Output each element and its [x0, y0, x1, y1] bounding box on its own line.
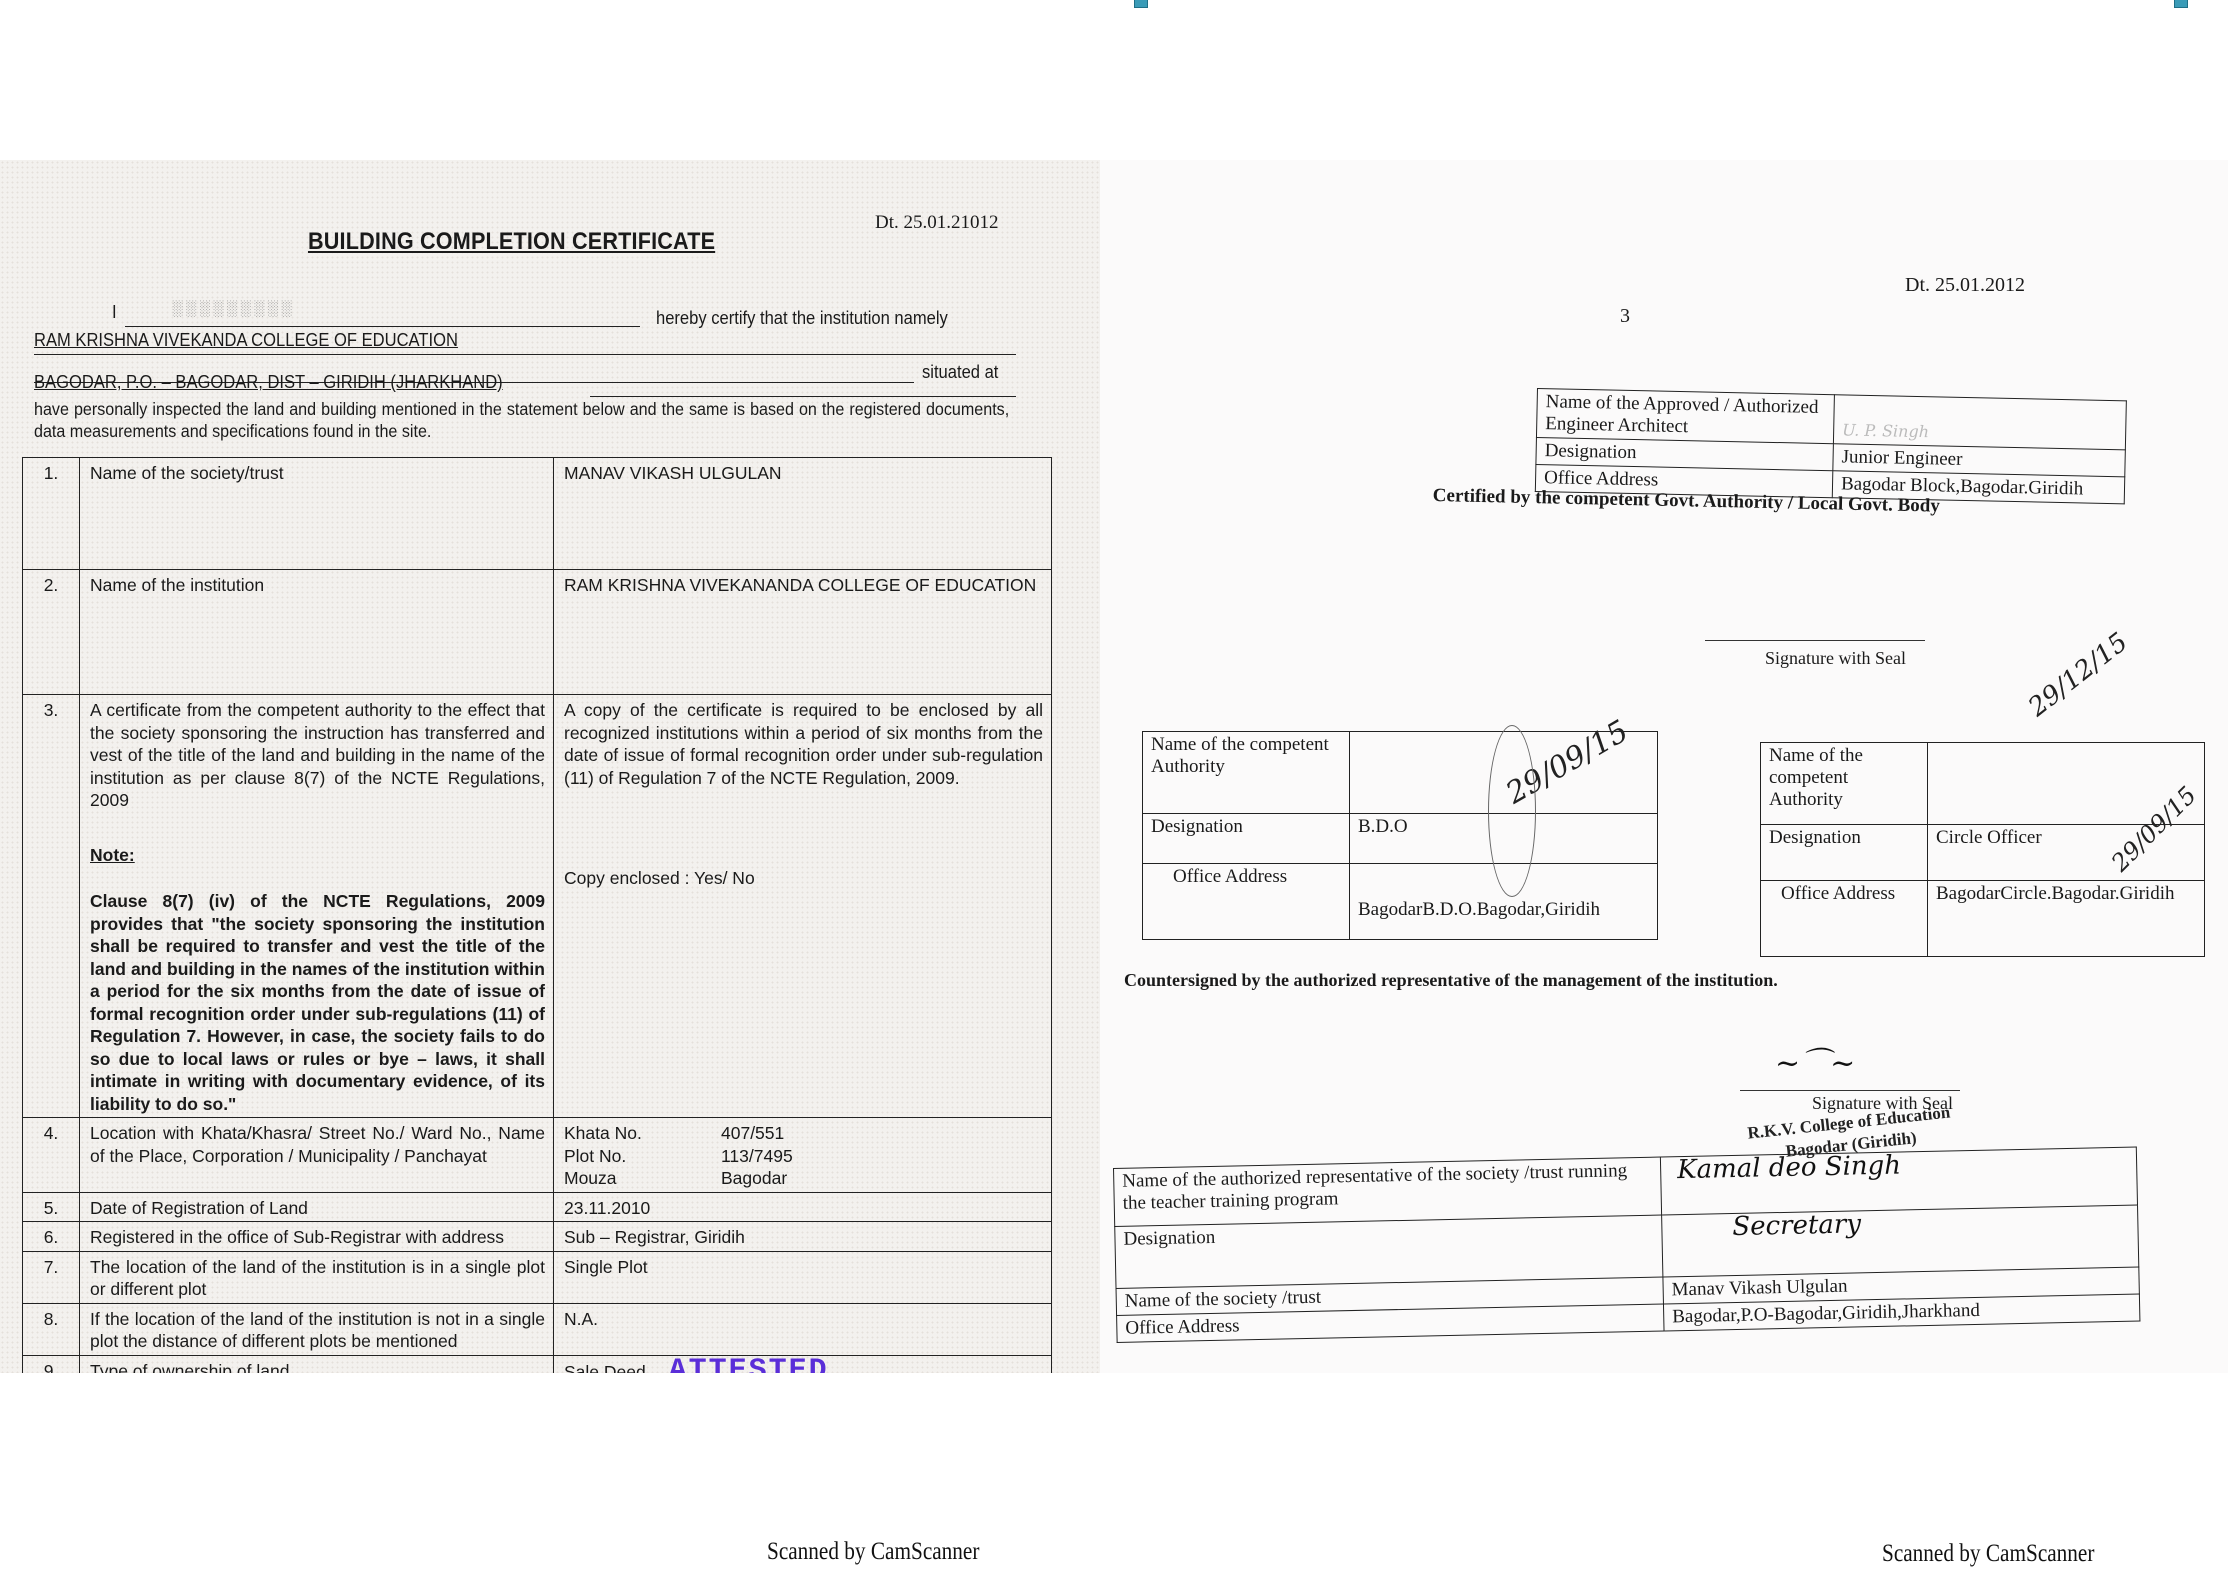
row-value: N.A. — [554, 1303, 1052, 1355]
table-row: 7. The location of the land of the insti… — [23, 1251, 1052, 1303]
row-label: Name of the Approved / Authorized Engine… — [1536, 389, 1834, 444]
row-value: Kamal deo Singh — [1660, 1147, 2137, 1215]
representative-table: Name of the authorized representative of… — [1113, 1147, 2140, 1343]
intro-prefix: I — [112, 302, 117, 323]
row-value: BagodarCircle.Bagodar.Giridih — [1928, 881, 2205, 957]
camscanner-watermark-right: Scanned by CamScanner — [1882, 1540, 2094, 1568]
institution-name-line: RAM KRISHNA VIVEKANDA COLLEGE OF EDUCATI… — [34, 330, 458, 351]
table-row: 3. A certificate from the competent auth… — [23, 695, 1052, 1118]
certifier-name-redacted: ░░░░░░░░░ — [172, 300, 295, 317]
mouza-value: Bagodar — [721, 1167, 1043, 1190]
name-underline — [125, 326, 640, 327]
note-clause: Clause 8(7) (iv) of the NCTE Regulations… — [90, 890, 545, 1115]
row-number: 5. — [23, 1192, 80, 1222]
row-label: Registered in the office of Sub-Registra… — [80, 1222, 554, 1252]
situated-text: situated at — [922, 362, 998, 383]
location-underline — [590, 396, 1016, 397]
mouza-label: Mouza — [564, 1167, 721, 1190]
note-label: Note: — [90, 844, 545, 867]
row-label: Designation — [1143, 814, 1350, 864]
row-label: If the location of the land of the insti… — [80, 1303, 554, 1355]
row-label: Location with Khata/Khasra/ Street No./ … — [80, 1118, 554, 1193]
row-label: Name of the society/trust — [80, 458, 554, 570]
engineer-table: Name of the Approved / Authorized Engine… — [1535, 388, 2127, 504]
row-label: A certificate from the competent authori… — [80, 695, 554, 1118]
management-signature: ~⌒~ — [1775, 1038, 1855, 1082]
row-value: Secretary — [1662, 1205, 2139, 1277]
table-row: 8. If the location of the land of the in… — [23, 1303, 1052, 1355]
khata-label: Khata No. — [564, 1122, 721, 1145]
right-page-date: Dt. 25.01.2012 — [1905, 274, 2025, 297]
selection-handle-left[interactable] — [1134, 0, 1148, 8]
table-row: 5. Date of Registration of Land 23.11.20… — [23, 1192, 1052, 1222]
row-label: Date of Registration of Land — [80, 1192, 554, 1222]
selection-handle-right[interactable] — [2174, 0, 2188, 8]
row-value: MANAV VIKASH ULGULAN — [554, 458, 1052, 570]
table-row: Name of the competent Authority — [1761, 743, 2205, 825]
table-row: 1. Name of the society/trust MANAV VIKAS… — [23, 458, 1052, 570]
signature-line — [1705, 640, 1925, 641]
institution-underline — [34, 354, 1016, 355]
row-label: Name of the competent Authority — [1761, 743, 1928, 825]
row-value-text: A copy of the certificate is required to… — [564, 700, 1043, 788]
row-number: 1. — [23, 458, 80, 570]
row-number: 4. — [23, 1118, 80, 1193]
table-row: 2. Name of the institution RAM KRISHNA V… — [23, 570, 1052, 695]
plot-value: 113/7495 — [721, 1145, 1043, 1168]
table-row: 4. Location with Khata/Khasra/ Street No… — [23, 1118, 1052, 1193]
page-number: 3 — [1620, 305, 1630, 328]
row-value: Sub – Registrar, Giridih — [554, 1222, 1052, 1252]
row-number: 3. — [23, 695, 80, 1118]
row-number: 8. — [23, 1303, 80, 1355]
row-value: 23.11.2010 — [554, 1192, 1052, 1222]
inspection-statement: have personally inspected the land and b… — [34, 398, 1009, 442]
row-label-text: A certificate from the competent authori… — [90, 700, 545, 810]
certify-text: hereby certify that the institution name… — [656, 308, 948, 329]
location-line: BAGODAR, P.O. – BAGODAR, DIST – GIRIDIH … — [34, 372, 503, 393]
table-row: Designation B.D.O — [1143, 814, 1658, 864]
engineer-name-faint: U. P. Singh — [1833, 395, 2126, 450]
row-label: Office Address — [1761, 881, 1928, 957]
row-value: A copy of the certificate is required to… — [554, 695, 1052, 1118]
khata-value: 407/551 — [721, 1122, 1043, 1145]
row-label: Name of the institution — [80, 570, 554, 695]
certificate-table: 1. Name of the society/trust MANAV VIKAS… — [22, 457, 1052, 1386]
row-value: RAM KRISHNA VIVEKANANDA COLLEGE OF EDUCA… — [554, 570, 1052, 695]
row-value: Single Plot — [554, 1251, 1052, 1303]
left-page-date: Dt. 25.01.21012 — [875, 212, 999, 234]
camscanner-watermark-left: Scanned by CamScanner — [767, 1538, 979, 1566]
row-label: Designation — [1115, 1215, 1663, 1288]
management-signature-line — [1740, 1090, 1960, 1091]
row-number: 7. — [23, 1251, 80, 1303]
table-row: Office Address BagodarCircle.Bagodar.Gir… — [1761, 881, 2205, 957]
countersigned-text: Countersigned by the authorized represen… — [1124, 970, 1778, 991]
bdo-stamp-oval — [1488, 725, 1536, 897]
row-value: Khata No.407/551 Plot No.113/7495 MouzaB… — [554, 1118, 1052, 1193]
table-row: 6. Registered in the office of Sub-Regis… — [23, 1222, 1052, 1252]
row-label: Office Address — [1143, 864, 1350, 940]
row-label: Name of the competent Authority — [1143, 732, 1350, 814]
row-number: 2. — [23, 570, 80, 695]
certificate-title: BUILDING COMPLETION CERTIFICATE — [308, 228, 715, 256]
plot-label: Plot No. — [564, 1145, 721, 1168]
copy-enclosed: Copy enclosed : Yes/ No — [564, 867, 1043, 890]
row-label: The location of the land of the institut… — [80, 1251, 554, 1303]
row-number: 6. — [23, 1222, 80, 1252]
table-row: Office Address BagodarB.D.O.Bagodar,Giri… — [1143, 864, 1658, 940]
signature-with-seal-label: Signature with Seal — [1765, 648, 1906, 669]
row-label: Designation — [1761, 825, 1928, 881]
